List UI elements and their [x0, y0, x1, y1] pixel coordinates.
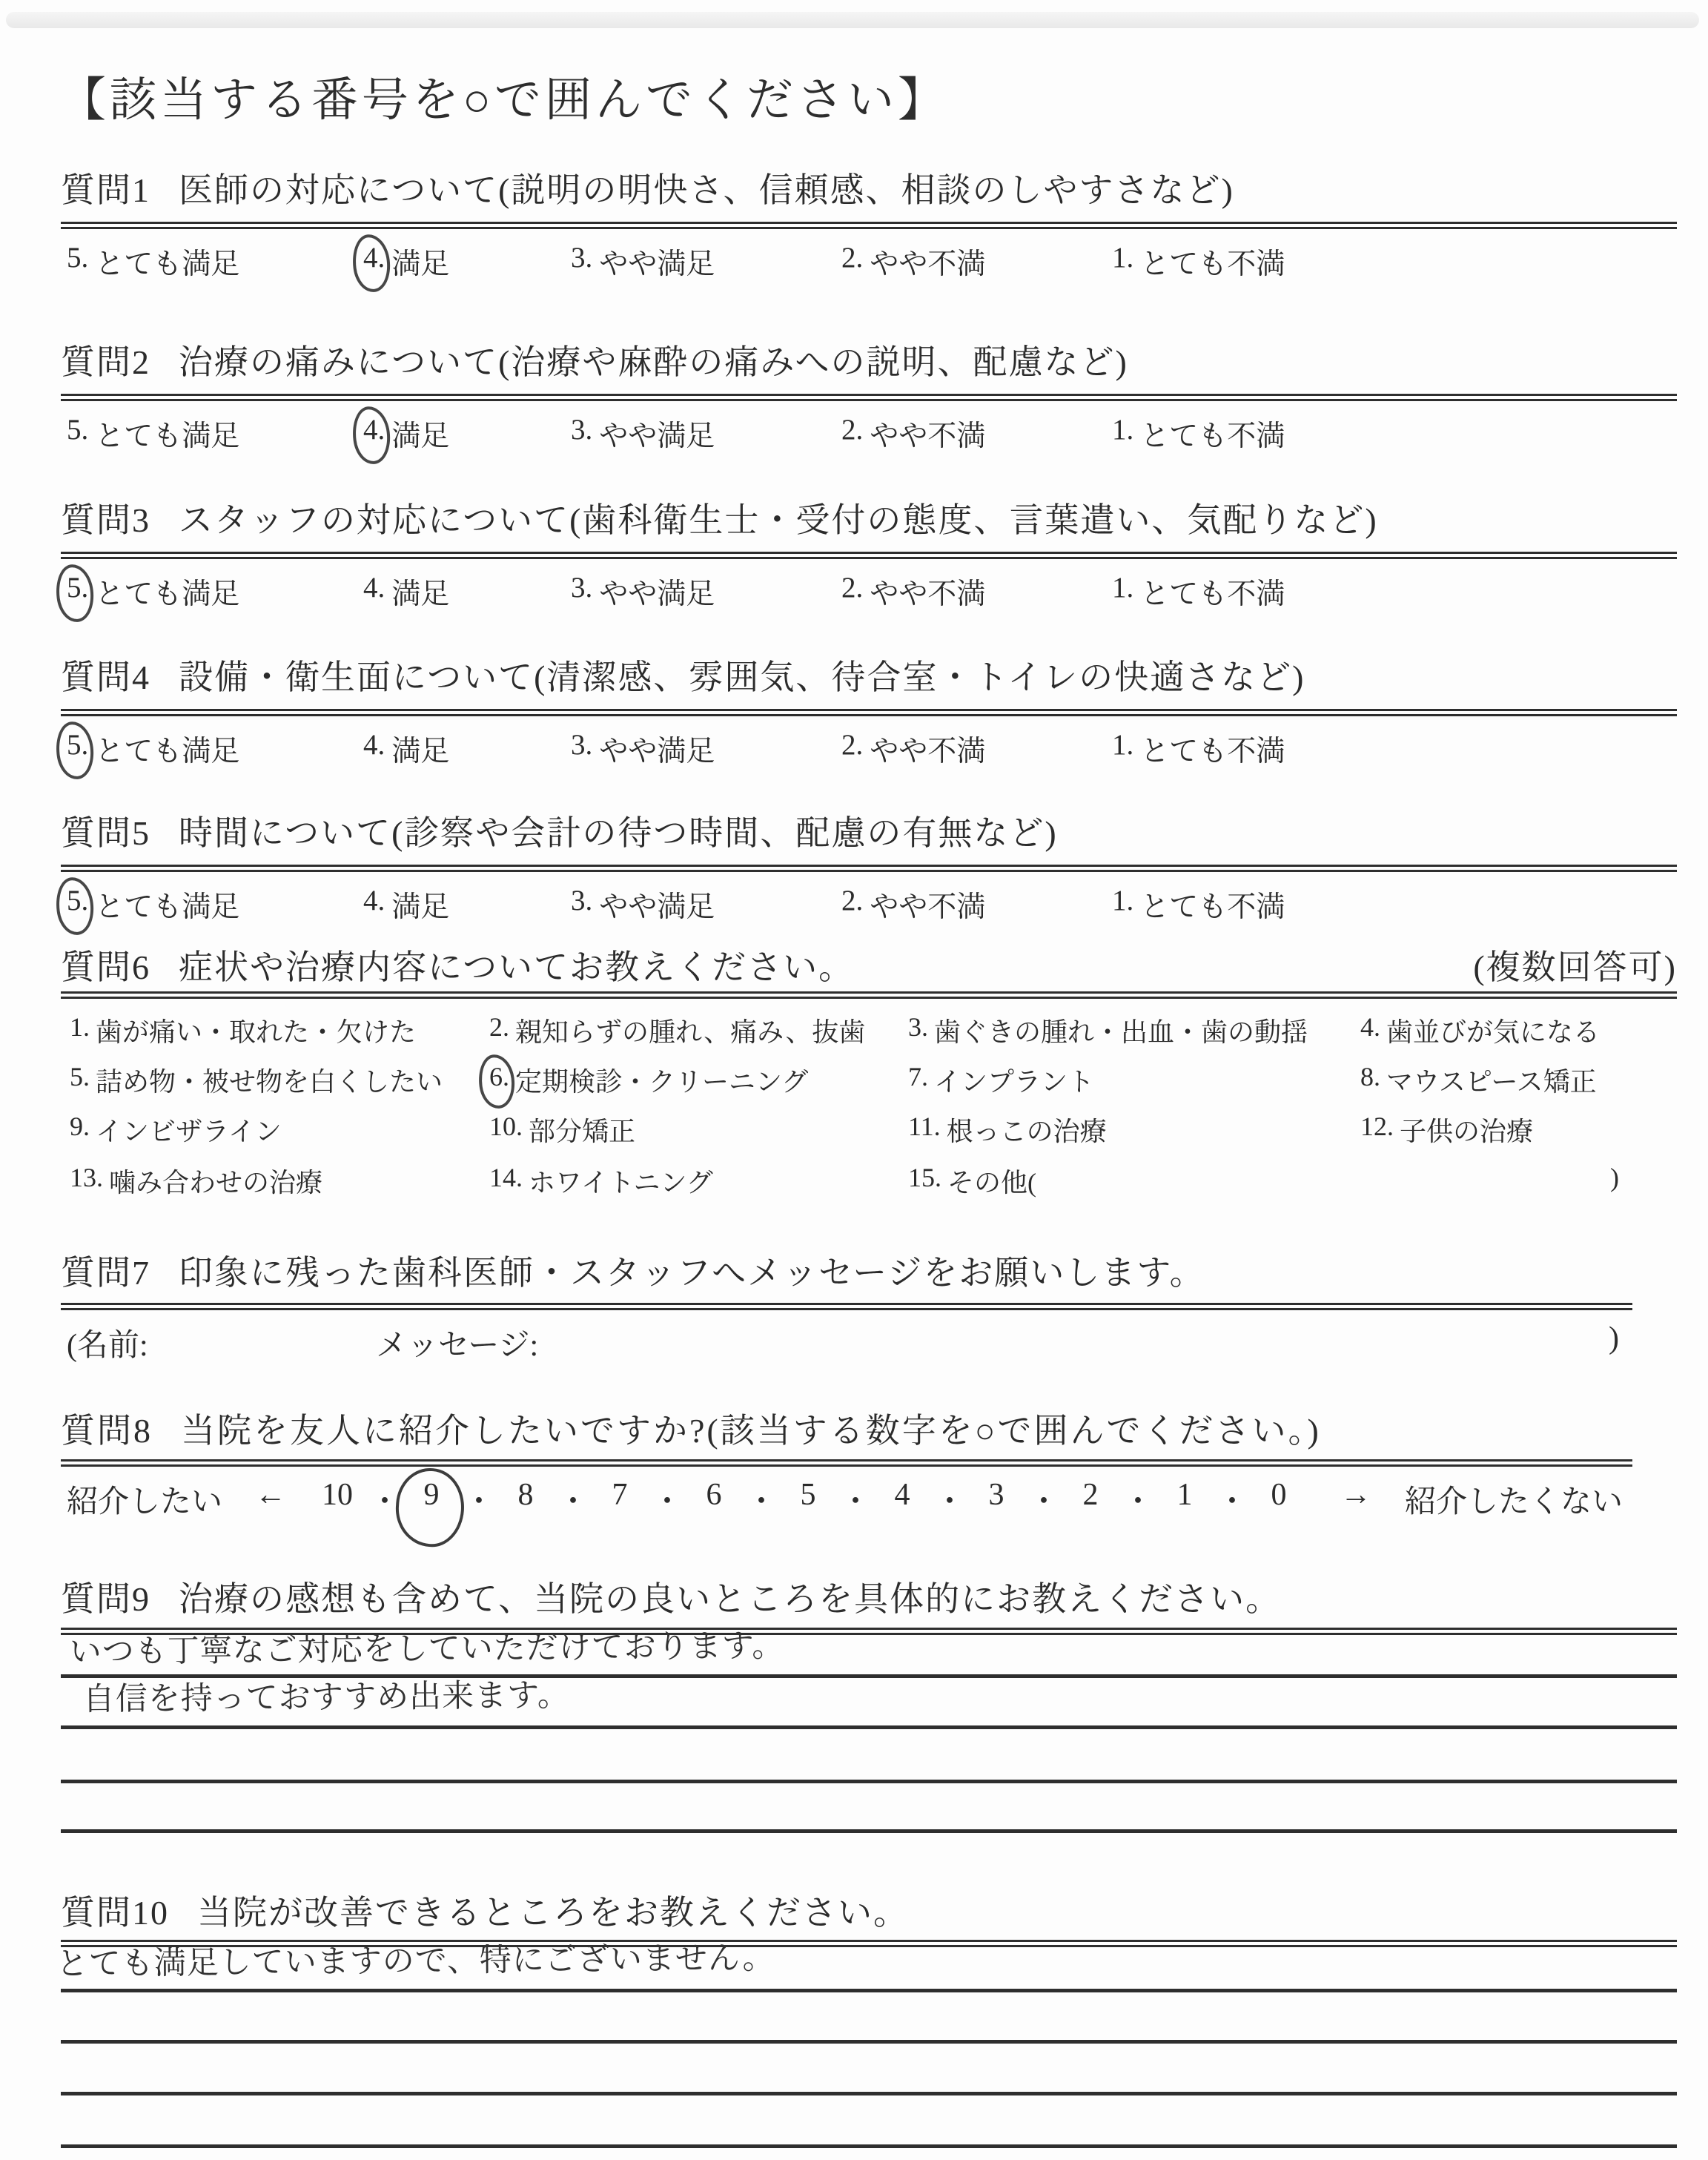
scale-number-6: 6	[692, 1477, 736, 1513]
rating-option-label: とても不満	[1140, 241, 1285, 283]
multiple-answers-note: (複数回答可)	[1473, 946, 1677, 988]
rating-option-3: 3.やや満足	[571, 571, 715, 612]
question-number: 質問6	[61, 946, 150, 988]
section-divider	[61, 1459, 1632, 1467]
rating-option-label: とても不満	[1140, 884, 1285, 925]
rating-option-number: 2.	[841, 413, 863, 455]
rating-option-label: やや満足	[599, 241, 715, 283]
rating-option-number: 2.	[841, 241, 863, 283]
rating-option-2: 2.やや不満	[841, 241, 985, 283]
question-number: 質問8	[61, 1410, 153, 1452]
question-number: 質問4	[61, 656, 150, 698]
symptom-items-row-3: 9.インビザライン 10.部分矯正 11.根っこの治療 12.子供の治療	[61, 1111, 1677, 1151]
rating-option-label: とても不満	[1140, 728, 1285, 770]
rating-option-5: 5.とても満足	[67, 241, 239, 283]
rating-option-number: 3.	[571, 728, 592, 770]
scale-separator: ・	[1028, 1477, 1058, 1522]
item-label: マウスピース矯正	[1386, 1061, 1597, 1099]
answer-line	[61, 2044, 1677, 2095]
question-9-heading: 質問9 治療の感想も含めて、当院の良いところを具体的にお教えください。	[61, 1578, 1677, 1620]
rating-option-label: やや満足	[599, 413, 715, 455]
question-3-heading: 質問3 スタッフの対応について(歯科衛生士・受付の態度、言葉遣い、気配りなど)	[61, 499, 1677, 541]
question-3-section: 質問3 スタッフの対応について(歯科衛生士・受付の態度、言葉遣い、気配りなど) …	[61, 499, 1677, 625]
scale-separator: ・	[557, 1477, 587, 1522]
item-label: 歯が痛い・取れた・欠けた	[96, 1011, 416, 1049]
item-number: 10.	[489, 1111, 523, 1149]
question-10-heading: 質問10 当院が改善できるところをお教えください。	[61, 1892, 1677, 1934]
rating-option-4: 4.満足	[363, 413, 449, 455]
rating-option-number: 1.	[1112, 884, 1133, 925]
item-label: インプラント	[934, 1061, 1094, 1099]
rating-option-1: 1.とても不満	[1112, 413, 1285, 455]
question-9-answer-area: いつも丁寧なご対応をしていただけております。 自信を持っておすすめ出来ます。	[61, 1635, 1677, 1833]
item-number: 6.	[489, 1061, 509, 1099]
scale-separator: ・	[840, 1477, 870, 1522]
rating-option-5: 5.とても満足	[67, 728, 239, 770]
rating-options-row: 5.とても満足 4.満足 3.やや満足 2.やや不満 1.とても不満	[61, 571, 1677, 615]
rating-option-label: 満足	[391, 413, 449, 455]
name-field-label: (名前:	[67, 1321, 148, 1365]
scale-number-4: 4	[880, 1477, 924, 1513]
question-4-heading: 質問4 設備・衛生面について(清潔感、雰囲気、待合室・トイレの快適さなど)	[61, 656, 1677, 698]
rating-option-number: 5.	[67, 884, 88, 925]
rating-option-4: 4.満足	[363, 571, 449, 612]
item-number: 5.	[70, 1061, 90, 1099]
answer-line: いつも丁寧なご対応をしていただけております。	[61, 1635, 1677, 1678]
rating-option-5: 5.とても満足	[67, 571, 239, 612]
symptom-item-2: 2.親知らずの腫れ、痛み、抜歯	[489, 1011, 865, 1049]
item-label: 歯ぐきの腫れ・出血・歯の動揺	[934, 1011, 1308, 1049]
rating-option-number: 1.	[1112, 571, 1133, 612]
rating-option-label: とても不満	[1140, 571, 1285, 612]
question-7-heading: 質問7 印象に残った歯科医師・スタッフへメッセージをお願いします。	[61, 1252, 1677, 1294]
rating-option-number: 3.	[571, 413, 592, 455]
item-number: 3.	[908, 1011, 928, 1049]
rating-options-row: 5.とても満足 4.満足 3.やや満足 2.やや不満 1.とても不満	[61, 413, 1677, 458]
symptom-item-7: 7.インプラント	[908, 1061, 1094, 1099]
symptom-item-1: 1.歯が痛い・取れた・欠けた	[70, 1011, 416, 1049]
item-label: その他(	[947, 1162, 1036, 1200]
item-label: インビザライン	[96, 1111, 282, 1149]
item-number: 9.	[70, 1111, 90, 1149]
item-label: 根っこの治療	[947, 1111, 1107, 1149]
symptom-item-5: 5.詰め物・被せ物を白くしたい	[70, 1061, 443, 1099]
symptom-item-12: 12.子供の治療	[1360, 1111, 1533, 1149]
rating-option-number: 3.	[571, 241, 592, 283]
question-5-section: 質問5 時間について(診察や会計の待つ時間、配慮の有無など) 5.とても満足 4…	[61, 812, 1677, 938]
rating-option-2: 2.やや不満	[841, 571, 985, 612]
question-title: 当院を友人に紹介したいですか?(該当する数字を○で囲んでください。)	[181, 1410, 1321, 1452]
scale-number-10: 10	[315, 1477, 360, 1513]
rating-option-label: とても満足	[95, 571, 239, 612]
section-divider	[61, 552, 1677, 559]
answer-line	[61, 1783, 1677, 1833]
item-number: 8.	[1360, 1061, 1380, 1099]
rating-option-number: 5.	[67, 241, 88, 283]
rating-option-number: 5.	[67, 728, 88, 770]
scale-separator: ・	[369, 1477, 399, 1522]
rating-option-number: 5.	[67, 413, 88, 455]
symptom-item-8: 8.マウスピース矯正	[1360, 1061, 1597, 1099]
rating-option-5: 5.とても満足	[67, 884, 239, 925]
rating-option-label: やや不満	[870, 241, 985, 283]
handwritten-answer: とても満足していますので、特にございません。	[56, 1933, 775, 1984]
answer-line: 自信を持っておすすめ出来ます。	[61, 1678, 1677, 1729]
scale-separator: ・	[746, 1477, 775, 1522]
question-9-section: 質問9 治療の感想も含めて、当院の良いところを具体的にお教えください。 いつも丁…	[61, 1578, 1677, 1837]
rating-option-4: 4.満足	[363, 241, 449, 283]
question-4-section: 質問4 設備・衛生面について(清潔感、雰囲気、待合室・トイレの快適さなど) 5.…	[61, 656, 1677, 782]
rating-option-3: 3.やや満足	[571, 413, 715, 455]
section-divider	[61, 1303, 1632, 1310]
item-number: 2.	[489, 1011, 509, 1049]
question-2-heading: 質問2 治療の痛みについて(治療や麻酔の痛みへの説明、配慮など)	[61, 341, 1677, 383]
rating-option-number: 4.	[363, 728, 385, 770]
scale-separator: ・	[1122, 1477, 1152, 1522]
rating-option-number: 2.	[841, 884, 863, 925]
rating-option-label: とても満足	[95, 884, 239, 925]
symptom-item-11: 11.根っこの治療	[908, 1111, 1107, 1149]
recommend-scale: 紹介したい ← 10 ・ 9 ・ 8 ・ 7 ・ 6 ・ 5 ・ 4 ・ 3 ・…	[61, 1477, 1677, 1530]
rating-option-number: 1.	[1112, 241, 1133, 283]
rating-option-number: 1.	[1112, 413, 1133, 455]
question-number: 質問9	[61, 1578, 150, 1620]
left-arrow-icon: ←	[255, 1477, 286, 1513]
scale-number-5: 5	[786, 1477, 830, 1513]
rating-option-1: 1.とても不満	[1112, 884, 1285, 925]
rating-option-number: 4.	[363, 241, 385, 283]
symptom-item-15-other: 15.その他(	[908, 1162, 1036, 1200]
rating-option-label: とても満足	[95, 241, 239, 283]
question-title: 症状や治療内容についてお教えください。	[179, 946, 854, 988]
rating-options-row: 5.とても満足 4.満足 3.やや満足 2.やや不満 1.とても不満	[61, 728, 1677, 773]
symptom-item-9: 9.インビザライン	[70, 1111, 282, 1149]
rating-option-label: やや不満	[870, 884, 985, 925]
rating-option-number: 4.	[363, 884, 385, 925]
rating-option-1: 1.とても不満	[1112, 571, 1285, 612]
scale-right-label: 紹介したくない	[1405, 1477, 1623, 1522]
rating-option-1: 1.とても不満	[1112, 241, 1285, 283]
rating-option-1: 1.とても不満	[1112, 728, 1285, 770]
rating-option-label: 満足	[391, 571, 449, 612]
rating-option-label: やや不満	[870, 728, 985, 770]
section-divider	[61, 865, 1677, 872]
item-label: 親知らずの腫れ、痛み、抜歯	[515, 1011, 865, 1049]
question-5-heading: 質問5 時間について(診察や会計の待つ時間、配慮の有無など)	[61, 812, 1677, 854]
section-divider	[61, 991, 1677, 999]
item-label: 歯並びが気になる	[1386, 1011, 1600, 1049]
rating-option-2: 2.やや不満	[841, 413, 985, 455]
scale-separator: ・	[652, 1477, 681, 1522]
question-number: 質問5	[61, 812, 150, 854]
answer-line	[61, 1729, 1677, 1783]
rating-option-label: とても不満	[1140, 413, 1285, 455]
scale-left-label: 紹介したい	[67, 1477, 222, 1522]
scale-number-1: 1	[1162, 1477, 1207, 1513]
symptom-item-4: 4.歯並びが気になる	[1360, 1011, 1600, 1049]
item-label: 部分矯正	[529, 1111, 635, 1149]
item-label: 定期検診・クリーニング	[515, 1061, 808, 1099]
rating-option-label: 満足	[391, 728, 449, 770]
item-label: 噛み合わせの治療	[109, 1162, 322, 1200]
question-number: 質問7	[61, 1252, 150, 1294]
item-number: 12.	[1360, 1111, 1394, 1149]
question-6-section: 質問6 症状や治療内容についてお教えください。 (複数回答可) 1.歯が痛い・取…	[61, 946, 1677, 1213]
rating-option-label: やや満足	[599, 728, 715, 770]
item-number: 11.	[908, 1111, 941, 1149]
right-arrow-icon: →	[1340, 1477, 1371, 1513]
rating-option-number: 4.	[363, 413, 385, 455]
scale-number-8: 8	[503, 1477, 548, 1513]
scale-number-0: 0	[1257, 1477, 1301, 1513]
other-close-paren: )	[1610, 1162, 1619, 1193]
scale-separator: ・	[934, 1477, 964, 1522]
rating-option-number: 1.	[1112, 728, 1133, 770]
scanned-survey-page: 【該当する番号を○で囲んでください】 質問1 医師の対応について(説明の明快さ、…	[0, 0, 1708, 2160]
item-number: 13.	[70, 1162, 103, 1200]
rating-option-label: やや不満	[870, 571, 985, 612]
section-divider	[61, 394, 1677, 401]
symptom-item-10: 10.部分矯正	[489, 1111, 635, 1149]
rating-option-label: やや満足	[599, 884, 715, 925]
answer-line: とても満足していますので、特にございません。	[61, 1947, 1677, 1992]
scale-number-3: 3	[974, 1477, 1019, 1513]
rating-option-number: 2.	[841, 571, 863, 612]
name-message-fields: (名前: メッセージ: )	[61, 1321, 1677, 1367]
question-title: 治療の感想も含めて、当院の良いところを具体的にお教えください。	[179, 1578, 1281, 1620]
question-8-heading: 質問8 当院を友人に紹介したいですか?(該当する数字を○で囲んでください。)	[61, 1410, 1677, 1452]
rating-option-3: 3.やや満足	[571, 884, 715, 925]
item-label: ホワイトニング	[529, 1162, 713, 1200]
item-label: 子供の治療	[1400, 1111, 1533, 1149]
handwritten-answer: いつも丁寧なご対応をしていただけております。	[69, 1621, 784, 1672]
rating-option-label: とても満足	[95, 728, 239, 770]
symptom-item-3: 3.歯ぐきの腫れ・出血・歯の動揺	[908, 1011, 1308, 1049]
section-divider	[61, 222, 1677, 229]
fields-close-paren: )	[1609, 1321, 1619, 1356]
answer-line	[61, 2095, 1677, 2148]
rating-option-2: 2.やや不満	[841, 728, 985, 770]
item-label: 詰め物・被せ物を白くしたい	[96, 1061, 443, 1099]
rating-option-number: 3.	[571, 571, 592, 612]
question-10-answer-area: とても満足していますので、特にございません。	[61, 1947, 1677, 2148]
item-number: 15.	[908, 1162, 941, 1200]
question-2-section: 質問2 治療の痛みについて(治療や麻酔の痛みへの説明、配慮など) 5.とても満足…	[61, 341, 1677, 467]
rating-option-label: やや満足	[599, 571, 715, 612]
scale-separator: ・	[1217, 1477, 1246, 1522]
scale-number-7: 7	[598, 1477, 642, 1513]
rating-option-3: 3.やや満足	[571, 728, 715, 770]
question-title: 治療の痛みについて(治療や麻酔の痛みへの説明、配慮など)	[179, 341, 1128, 383]
question-10-section: 質問10 当院が改善できるところをお教えください。 とても満足していますので、特…	[61, 1892, 1677, 2159]
scale-number-2: 2	[1068, 1477, 1113, 1513]
symptom-item-6: 6.定期検診・クリーニング	[489, 1061, 808, 1099]
symptom-items-row-2: 5.詰め物・被せ物を白くしたい 6.定期検診・クリーニング 7.インプラント 8…	[61, 1061, 1677, 1101]
symptom-items-row-4: 13.噛み合わせの治療 14.ホワイトニング 15.その他( )	[61, 1162, 1677, 1202]
question-7-section: 質問7 印象に残った歯科医師・スタッフへメッセージをお願いします。 (名前: メ…	[61, 1252, 1677, 1363]
question-number: 質問1	[61, 169, 150, 211]
rating-option-number: 5.	[67, 571, 88, 612]
question-6-heading: 質問6 症状や治療内容についてお教えください。 (複数回答可)	[61, 946, 1677, 988]
question-title: スタッフの対応について(歯科衛生士・受付の態度、言葉遣い、気配りなど)	[179, 499, 1378, 541]
item-number: 1.	[70, 1011, 90, 1049]
rating-option-3: 3.やや満足	[571, 241, 715, 283]
rating-option-number: 4.	[363, 571, 385, 612]
rating-option-label: 満足	[391, 241, 449, 283]
symptom-item-13: 13.噛み合わせの治療	[70, 1162, 322, 1200]
rating-option-number: 3.	[571, 884, 592, 925]
scale-separator: ・	[463, 1477, 493, 1522]
rating-option-label: とても満足	[95, 413, 239, 455]
form-instruction-title: 【該当する番号を○で囲んでください】	[59, 62, 948, 130]
question-title: 時間について(診察や会計の待つ時間、配慮の有無など)	[179, 812, 1058, 854]
rating-option-number: 2.	[841, 728, 863, 770]
question-number: 質問3	[61, 499, 150, 541]
question-title: 印象に残った歯科医師・スタッフへメッセージをお願いします。	[179, 1252, 1205, 1294]
question-title: 設備・衛生面について(清潔感、雰囲気、待合室・トイレの快適さなど)	[179, 656, 1305, 698]
rating-option-label: 満足	[391, 884, 449, 925]
rating-option-2: 2.やや不満	[841, 884, 985, 925]
item-number: 14.	[489, 1162, 523, 1200]
rating-options-row: 5.とても満足 4.満足 3.やや満足 2.やや不満 1.とても不満	[61, 884, 1677, 928]
question-1-heading: 質問1 医師の対応について(説明の明快さ、信頼感、相談のしやすさなど)	[61, 169, 1677, 211]
question-number: 質問2	[61, 341, 150, 383]
scale-number-9: 9	[409, 1477, 454, 1513]
question-title: 医師の対応について(説明の明快さ、信頼感、相談のしやすさなど)	[179, 169, 1234, 211]
question-8-section: 質問8 当院を友人に紹介したいですか?(該当する数字を○で囲んでください。) 紹…	[61, 1410, 1677, 1536]
handwritten-answer: 自信を持っておすすめ出来ます。	[82, 1670, 570, 1720]
symptom-items-row-1: 1.歯が痛い・取れた・欠けた 2.親知らずの腫れ、痛み、抜歯 3.歯ぐきの腫れ・…	[61, 1011, 1677, 1051]
scan-artifact-band	[6, 12, 1699, 28]
section-divider	[61, 709, 1677, 716]
question-1-section: 質問1 医師の対応について(説明の明快さ、信頼感、相談のしやすさなど) 5.とて…	[61, 169, 1677, 295]
rating-options-row: 5.とても満足 4.満足 3.やや満足 2.やや不満 1.とても不満	[61, 241, 1677, 285]
rating-option-4: 4.満足	[363, 884, 449, 925]
item-number: 4.	[1360, 1011, 1380, 1049]
question-number: 質問10	[61, 1892, 169, 1934]
question-title: 当院が改善できるところをお教えください。	[197, 1892, 909, 1934]
item-number: 7.	[908, 1061, 928, 1099]
rating-option-4: 4.満足	[363, 728, 449, 770]
question-6-title-group: 質問6 症状や治療内容についてお教えください。	[61, 946, 854, 988]
message-field-label: メッセージ:	[376, 1321, 538, 1365]
rating-option-label: やや不満	[870, 413, 985, 455]
symptom-item-14: 14.ホワイトニング	[489, 1162, 713, 1200]
rating-option-5: 5.とても満足	[67, 413, 239, 455]
answer-line	[61, 1992, 1677, 2044]
